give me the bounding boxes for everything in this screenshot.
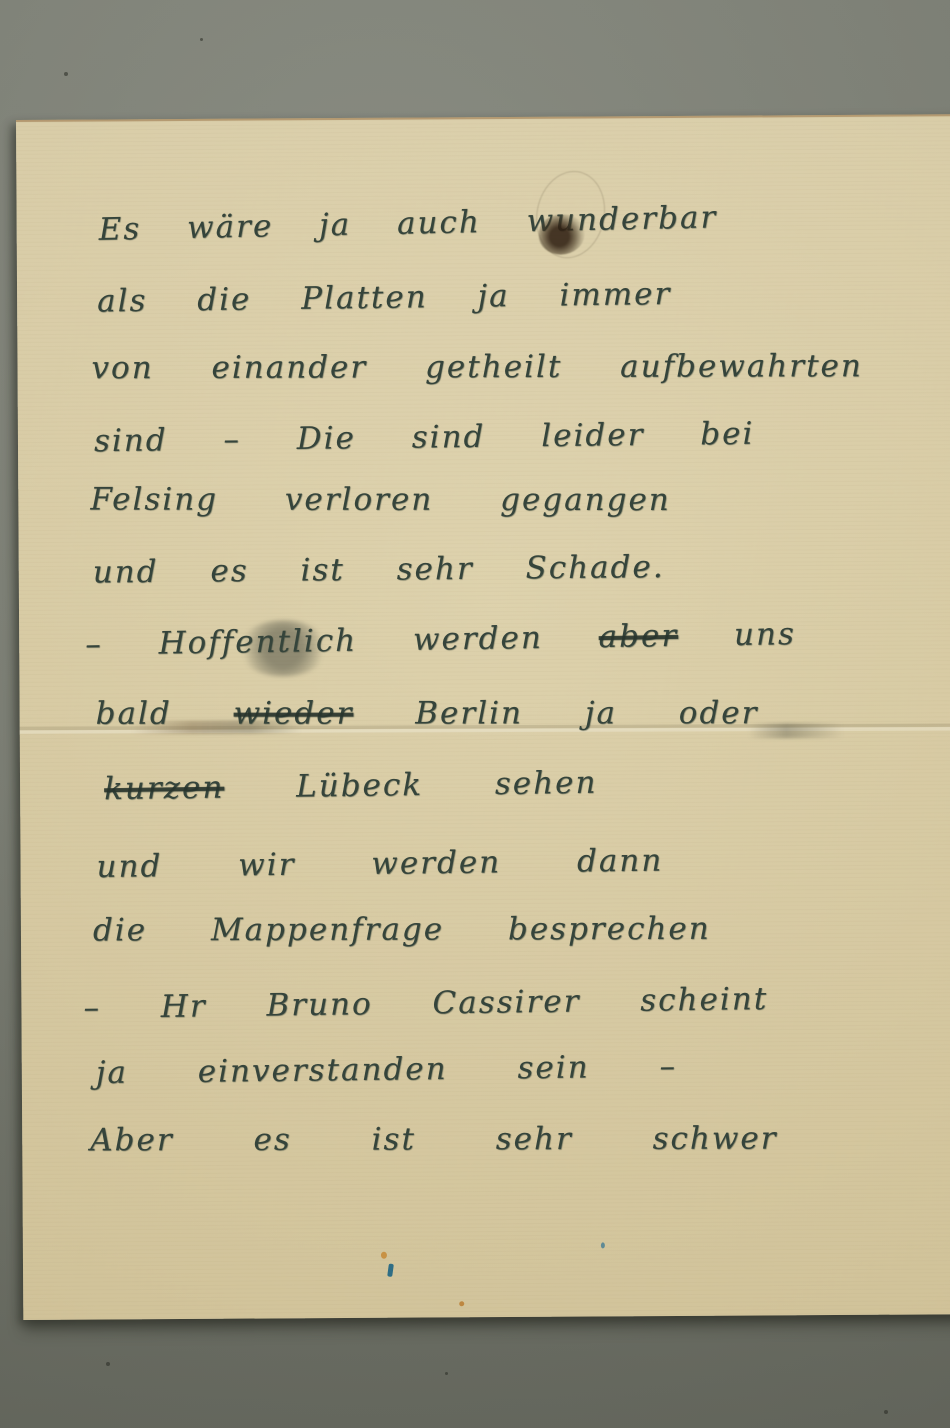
handwriting-text: von einander getheilt aufbewahrten bbox=[91, 348, 862, 386]
photo-background: Es wäre ja auch wunderbar als die Platte… bbox=[0, 0, 950, 1428]
handwriting-text: Felsing verloren gegangen bbox=[90, 482, 670, 519]
handwriting-line: und es ist sehr Schade. bbox=[93, 549, 665, 590]
handwriting-text: sind – Die sind leider bei bbox=[94, 416, 755, 459]
handwriting-line: und wir werden dann bbox=[96, 843, 663, 885]
struck-word: kurzen bbox=[104, 770, 225, 808]
handwriting-line: – Hr Bruno Cassirer scheint bbox=[83, 981, 768, 1026]
background-speck bbox=[884, 1410, 888, 1414]
handwriting-text: – Hoffentlich werden bbox=[85, 619, 599, 663]
blue-ink-mark bbox=[387, 1263, 394, 1277]
handwriting-text: – Hr Bruno Cassirer scheint bbox=[83, 981, 768, 1026]
handwriting-line: sind – Die sind leider bei bbox=[94, 416, 755, 459]
handwriting-text: bald bbox=[96, 696, 234, 732]
handwriting-line: Es wäre ja auch wunderbar bbox=[98, 199, 717, 247]
handwriting-text: Lübeck sehen bbox=[224, 765, 598, 806]
handwriting-line: die Mappenfrage besprechen bbox=[93, 911, 711, 949]
background-speck bbox=[445, 1372, 448, 1375]
background-speck bbox=[64, 72, 68, 76]
handwriting-line: von einander getheilt aufbewahrten bbox=[91, 348, 862, 386]
handwriting-text: uns bbox=[678, 616, 796, 654]
handwriting-text: die Mappenfrage besprechen bbox=[93, 911, 711, 949]
handwriting-line: bald wieder Berlin ja oder bbox=[96, 695, 759, 732]
handwriting-text: Berlin ja oder bbox=[353, 695, 758, 731]
blue-ink-speck bbox=[601, 1242, 605, 1248]
struck-word: aber bbox=[598, 618, 678, 655]
orange-speck bbox=[459, 1301, 464, 1306]
background-speck bbox=[200, 38, 203, 41]
letter-page: Es wäre ja auch wunderbar als die Platte… bbox=[16, 114, 950, 1320]
handwriting-line: als die Platten ja immer bbox=[97, 276, 672, 320]
handwriting-text: ja einverstanden sein – bbox=[96, 1048, 678, 1091]
handwriting-text: Es wäre ja auch wunderbar bbox=[98, 199, 717, 247]
handwriting-line: kurzen Lübeck sehen bbox=[104, 765, 598, 807]
handwriting-line: – Hoffentlich werden aber uns bbox=[85, 616, 796, 663]
handwriting-line: Felsing verloren gegangen bbox=[90, 482, 670, 519]
orange-speck bbox=[381, 1252, 387, 1259]
ink-smear bbox=[748, 723, 844, 739]
background-speck bbox=[106, 1362, 110, 1366]
handwriting-text: Aber es ist sehr schwer bbox=[90, 1121, 777, 1159]
handwriting-line: ja einverstanden sein – bbox=[96, 1048, 678, 1091]
handwriting-line: Aber es ist sehr schwer bbox=[90, 1121, 777, 1159]
handwriting-text: und wir werden dann bbox=[96, 843, 663, 885]
handwriting-text: als die Platten ja immer bbox=[97, 276, 672, 320]
struck-word: wieder bbox=[234, 696, 354, 732]
handwriting-text: und es ist sehr Schade. bbox=[93, 549, 665, 590]
